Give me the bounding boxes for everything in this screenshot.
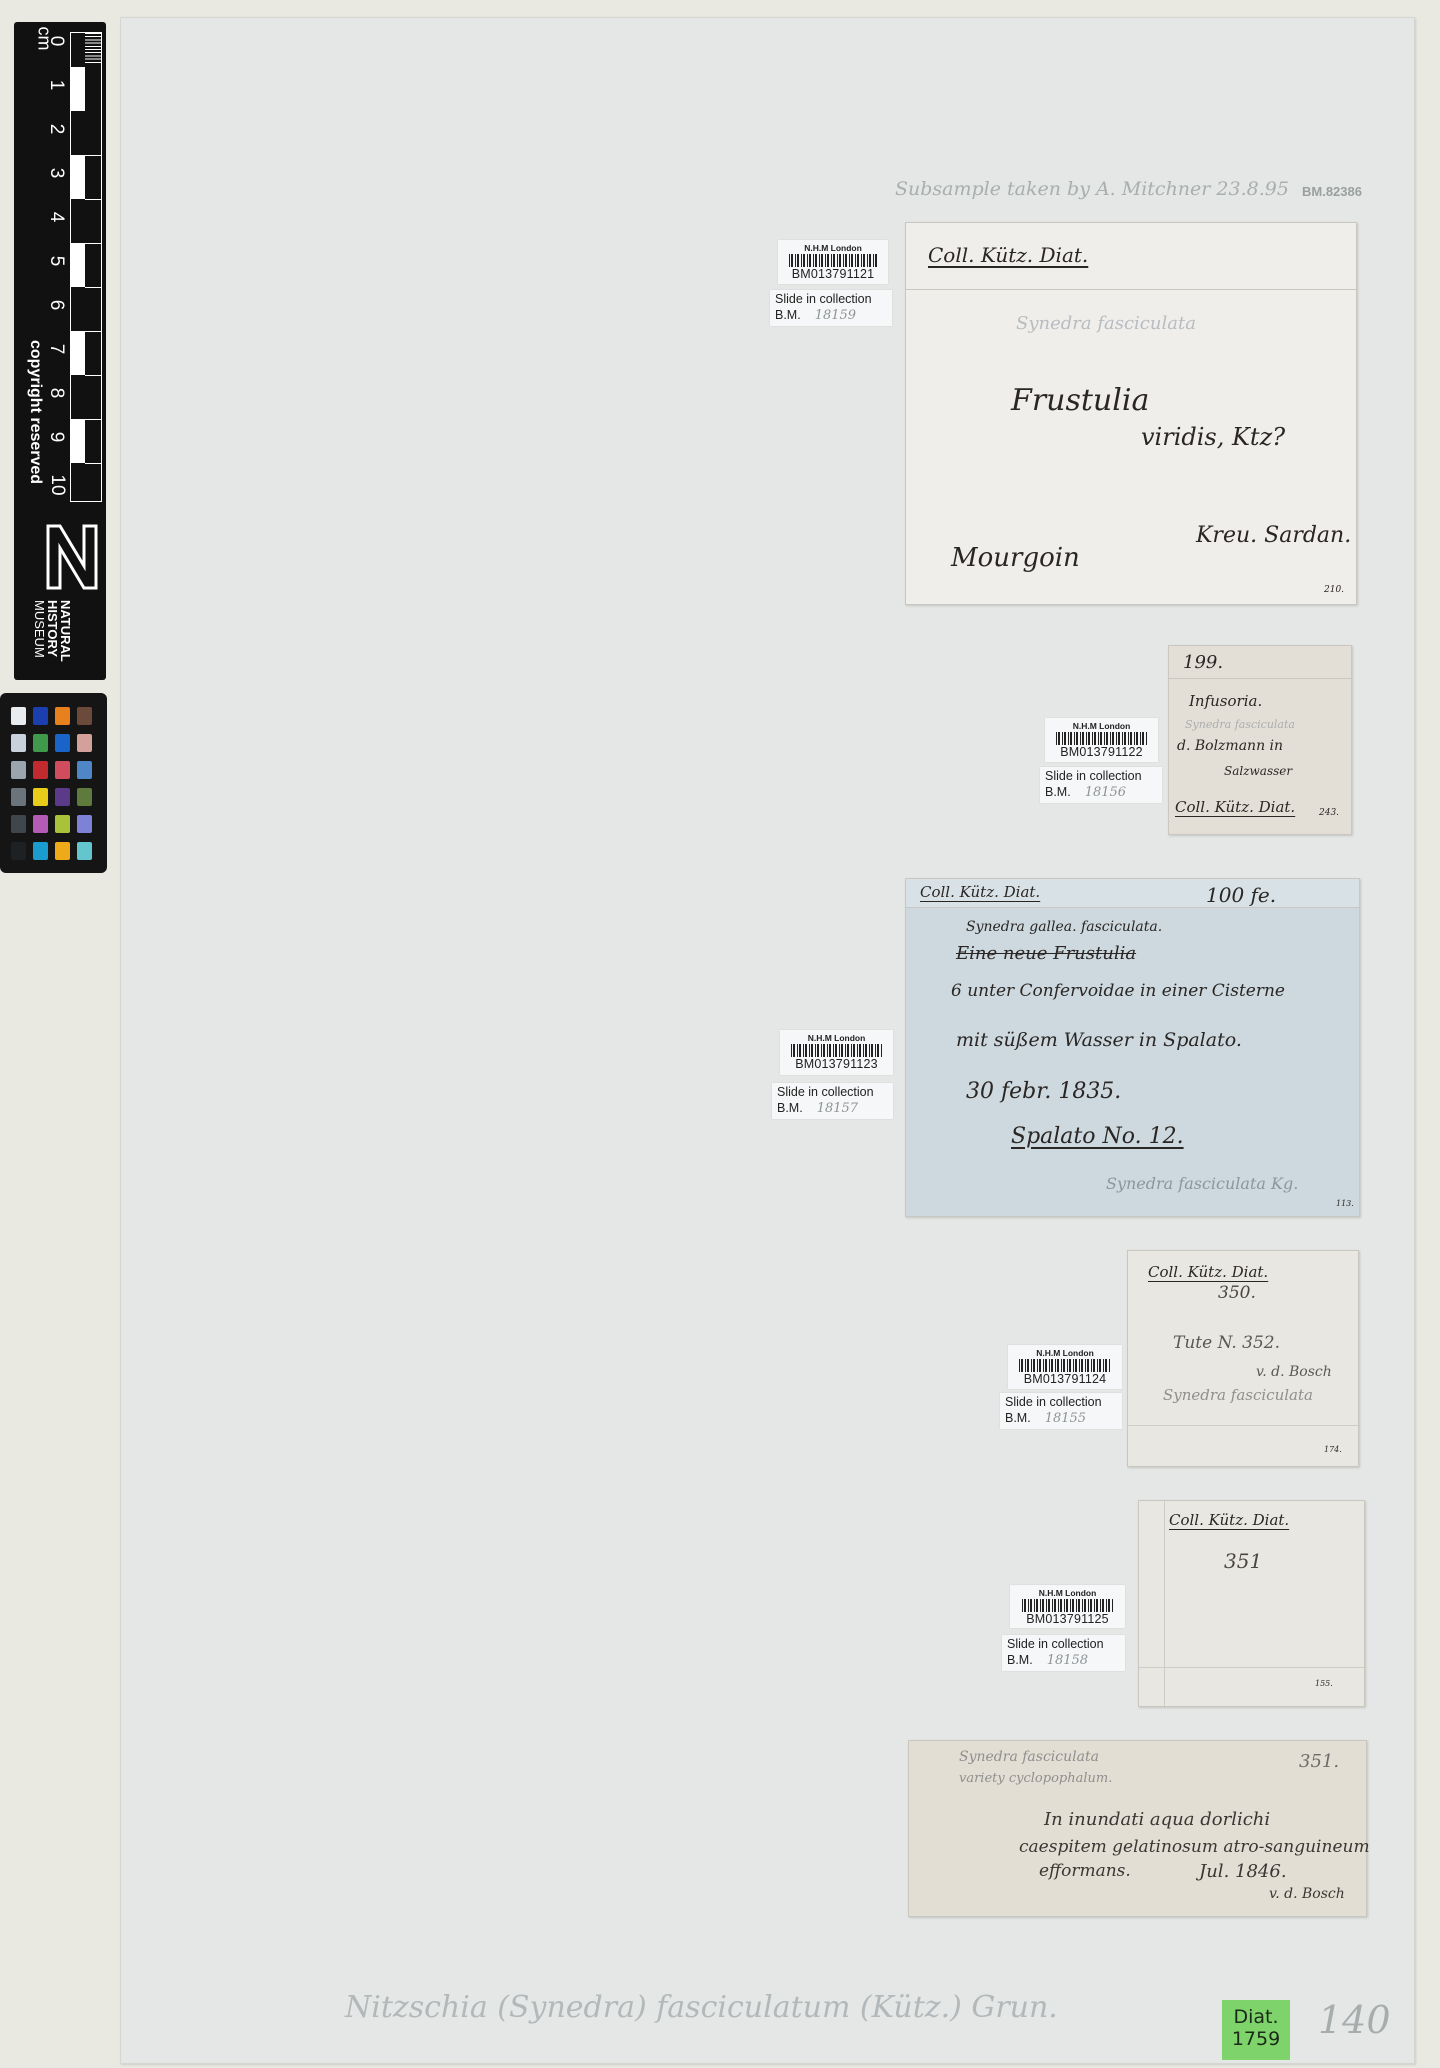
ruler-mark-0: 0 — [45, 31, 67, 51]
envelope-top-number: 199. — [1183, 652, 1223, 673]
barcode-header: N.H.M London — [780, 1030, 893, 1043]
envelope-line: Frustulia — [1011, 383, 1149, 418]
color-patch — [33, 761, 48, 779]
nhm-logo-icon — [42, 522, 102, 592]
slide-label-text: Slide in collection — [775, 292, 887, 307]
envelope-footer: Coll. Kütz. Diat. — [1175, 798, 1295, 816]
note-number: 351. — [1299, 1751, 1339, 1772]
envelope-header: Coll. Kütz. Diat. — [920, 883, 1040, 901]
barcode-icon — [791, 1044, 881, 1057]
museum-name-line-1: NATURAL — [59, 600, 72, 662]
envelope-line: Tute N. 352. — [1173, 1333, 1280, 1353]
color-checker-card — [0, 693, 107, 873]
color-patch — [11, 815, 26, 833]
collector-note-card: Synedra fasciculata variety cyclopophalu… — [908, 1740, 1367, 1917]
envelope-line: mit süßem Wasser in Spalato. — [956, 1029, 1242, 1051]
envelope-corner-number: 174. — [1324, 1445, 1342, 1454]
barcode-icon — [1056, 732, 1146, 745]
ruler-mark-9: 9 — [45, 427, 67, 447]
barcode-icon — [789, 254, 877, 267]
specimen-envelope: Coll. Kütz. Diat. 100 fe. Synedra gallea… — [905, 878, 1360, 1217]
bm-number: 18155 — [1045, 1411, 1086, 1426]
slide-label-text: Slide in collection — [777, 1085, 888, 1100]
bm-prefix: B.M. — [777, 1101, 803, 1115]
color-patch — [55, 761, 70, 779]
envelope-line: Infusoria. — [1189, 692, 1262, 710]
envelope-line: d. Bolzmann in — [1177, 738, 1283, 754]
envelope-line: Synedra gallea. fasciculata. — [966, 919, 1162, 935]
color-patch — [77, 734, 92, 752]
specimen-envelope: Coll. Kütz. Diat. 351 155. — [1138, 1500, 1365, 1707]
barcode-label: N.H.M London BM013791125 — [1010, 1585, 1125, 1628]
envelope-line: Salzwasser — [1224, 764, 1292, 778]
bm-number: 18156 — [1085, 785, 1126, 800]
envelope-line: 30 febr. 1835. — [966, 1079, 1121, 1104]
ruler-mark-2: 2 — [45, 119, 67, 139]
color-patch — [55, 788, 70, 806]
subsample-code: BM.82386 — [1302, 184, 1362, 199]
envelope-line: viridis, Ktz? — [1141, 423, 1285, 451]
note-line: efformans. — [1039, 1861, 1131, 1881]
slide-label-text: Slide in collection — [1045, 769, 1157, 784]
color-patch — [55, 707, 70, 725]
barcode-header: N.H.M London — [1008, 1345, 1122, 1358]
note-line: caespitem gelatinosum atro-sanguineum — [1019, 1837, 1370, 1857]
color-patch — [55, 734, 70, 752]
envelope-corner-number: 155. — [1315, 1679, 1333, 1688]
envelope-pencil-note: Synedra fasciculata — [1163, 1386, 1313, 1404]
specimen-envelope: Coll. Kütz. Diat. Synedra fasciculata Fr… — [905, 222, 1357, 605]
color-patch — [11, 707, 26, 725]
envelope-number: 350. — [1218, 1283, 1256, 1303]
color-patch — [33, 842, 48, 860]
color-patch — [55, 815, 70, 833]
barcode-header: N.H.M London — [1045, 718, 1158, 731]
ruler-mark-6: 6 — [45, 295, 67, 315]
color-patch — [11, 734, 26, 752]
bm-number: 18158 — [1047, 1653, 1088, 1668]
color-patch — [77, 842, 92, 860]
color-patch — [11, 842, 26, 860]
barcode-number: BM013791121 — [778, 267, 888, 281]
barcode-label: N.H.M London BM013791124 — [1008, 1345, 1122, 1389]
envelope-number: 351 — [1224, 1549, 1262, 1573]
barcode-number: BM013791124 — [1008, 1372, 1122, 1386]
ruler-mark-7: 7 — [45, 339, 67, 359]
envelope-pencil-note: Synedra fasciculata Kg. — [1106, 1174, 1298, 1193]
envelope-line: v. d. Bosch — [1256, 1364, 1332, 1380]
diat-number-label: Diat. 1759 — [1222, 2000, 1290, 2060]
bm-number: 18157 — [817, 1101, 858, 1116]
color-patch — [33, 734, 48, 752]
envelope-corner-number: 210. — [1324, 585, 1344, 595]
barcode-number: BM013791123 — [780, 1057, 893, 1071]
note-date: Jul. 1846. — [1199, 1861, 1287, 1882]
barcode-icon — [1022, 1599, 1114, 1612]
subsample-annotation: Subsample taken by A. Mitchner 23.8.95 — [895, 178, 1289, 200]
barcode-label: N.H.M London BM013791123 — [780, 1030, 893, 1075]
bm-prefix: B.M. — [775, 308, 801, 322]
envelope-pencil-note: Synedra fasciculata — [1016, 313, 1196, 334]
bm-prefix: B.M. — [1007, 1653, 1033, 1667]
slide-collection-label: Slide in collection B.M.18158 — [1002, 1635, 1125, 1671]
ruler-mark-4: 4 — [45, 207, 67, 227]
barcode-icon — [1019, 1359, 1110, 1372]
color-patch — [55, 842, 70, 860]
color-patch — [11, 788, 26, 806]
slide-collection-label: Slide in collection B.M.18157 — [772, 1083, 893, 1119]
scale-ruler: cm 0 1 2 3 4 5 6 7 8 9 10 copyright rese… — [14, 22, 106, 680]
envelope-line: Mourgoin — [951, 543, 1080, 573]
color-patch — [33, 788, 48, 806]
envelope-pencil-note: Synedra fasciculata — [1185, 718, 1295, 731]
envelope-header: Coll. Kütz. Diat. — [1169, 1511, 1289, 1529]
color-patch — [33, 707, 48, 725]
color-patch — [11, 761, 26, 779]
envelope-corner-number: 243. — [1319, 808, 1339, 818]
envelope-top-number: 100 fe. — [1206, 883, 1276, 907]
barcode-header: N.H.M London — [778, 240, 888, 253]
note-pencil-line: variety cyclopophalum. — [959, 1771, 1112, 1786]
museum-name-line-2: HISTORY — [46, 600, 59, 657]
barcode-label: N.H.M London BM013791121 — [778, 240, 888, 284]
slide-label-text: Slide in collection — [1007, 1637, 1120, 1652]
color-patch — [77, 761, 92, 779]
green-label-line-1: Diat. — [1222, 2006, 1290, 2028]
bm-prefix: B.M. — [1005, 1411, 1031, 1425]
note-line: In inundati aqua dorlichi — [1044, 1809, 1270, 1830]
taxon-name: Nitzschia (Synedra) fasciculatum (Kütz.)… — [345, 1990, 1058, 2025]
ruler-bar — [70, 32, 102, 502]
specimen-envelope: Coll. Kütz. Diat. 350. Tute N. 352. v. d… — [1127, 1250, 1359, 1467]
color-patch — [77, 788, 92, 806]
color-patch — [33, 815, 48, 833]
barcode-number: BM013791122 — [1045, 745, 1158, 759]
note-pencil-line: Synedra fasciculata — [959, 1749, 1099, 1765]
museum-name-line-3: MUSEUM — [33, 600, 46, 658]
envelope-corner-number: 113. — [1336, 1199, 1354, 1208]
ruler-mark-10: 10 — [46, 472, 68, 498]
note-signature: v. d. Bosch — [1269, 1886, 1345, 1902]
envelope-line: 6 unter Confervoidae in einer Cisterne — [951, 981, 1285, 1001]
color-patch — [77, 815, 92, 833]
envelope-header: Coll. Kütz. Diat. — [1148, 1263, 1268, 1281]
copyright-text: copyright reserved — [26, 340, 44, 484]
ruler-mark-1: 1 — [45, 75, 67, 95]
ruler-mark-8: 8 — [45, 383, 67, 403]
envelope-line: Spalato No. 12. — [1011, 1124, 1184, 1149]
slide-collection-label: Slide in collection B.M.18155 — [1000, 1393, 1122, 1429]
envelope-line: Eine neue Frustulia — [956, 943, 1136, 964]
slide-label-text: Slide in collection — [1005, 1395, 1117, 1410]
specimen-envelope: 199. Infusoria. Synedra fasciculata d. B… — [1168, 645, 1352, 835]
bm-prefix: B.M. — [1045, 785, 1071, 799]
barcode-number: BM013791125 — [1010, 1612, 1125, 1626]
barcode-header: N.H.M London — [1010, 1585, 1125, 1598]
sheet-number: 140 — [1318, 1998, 1391, 2042]
bm-number: 18159 — [815, 308, 856, 323]
color-patch — [77, 707, 92, 725]
envelope-header: Coll. Kütz. Diat. — [928, 243, 1088, 267]
envelope-line: Kreu. Sardan. — [1196, 523, 1351, 548]
green-label-line-2: 1759 — [1222, 2028, 1290, 2050]
slide-collection-label: Slide in collection B.M.18159 — [770, 290, 892, 326]
barcode-label: N.H.M London BM013791122 — [1045, 718, 1158, 762]
slide-collection-label: Slide in collection B.M.18156 — [1040, 767, 1162, 803]
ruler-mark-5: 5 — [45, 251, 67, 271]
ruler-mark-3: 3 — [45, 163, 67, 183]
